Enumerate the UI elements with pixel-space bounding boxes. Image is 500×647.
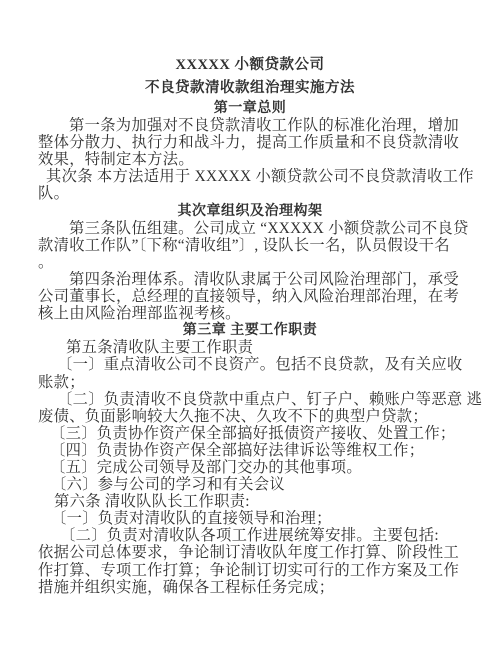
- body-text-line: 公司董事长，总经理的直接领导，纳入风险治理部治理，在考: [38, 288, 462, 305]
- chapter-heading: 第一章总则: [38, 100, 462, 117]
- body-text-line: 废债、负面影响较大久拖不决、久攻不下的典型户贷款；: [38, 408, 462, 425]
- body-text-line: 账款；: [38, 374, 462, 391]
- body-text-line: 第三条队伍组建。公司成立 “XXXXX 小额贷款公司不良贷: [38, 220, 462, 237]
- document-content: XXXXX 小额贷款公司不良贷款清收款组治理实施方法第一章总则第一条为加强对不良…: [38, 54, 462, 596]
- body-text-line: 〔二〕负责对清收队各项工作进展统筹安排。主要包括:: [38, 527, 462, 544]
- document-title-line: 不良贷款清收款组治理实施方法: [38, 77, 462, 100]
- body-text-line: 作打算、专项工作打算；争论制订切实可行的工作方案及工作: [38, 562, 462, 579]
- body-text-line: 第四条治理体系。清收队隶属于公司风险治理部门，承受: [38, 271, 462, 288]
- body-text-line: 〔五〕完成公司领导及部门交办的其他事项。: [38, 459, 462, 476]
- body-text-line: 其次条 本方法适用于 XXXXX 小额贷款公司不良贷款清收工作: [38, 168, 462, 185]
- body-text-line: 款清收工作队”〔下称“清收组”〕, 设队长一名，队员假设干名: [38, 237, 462, 254]
- chapter-heading: 其次章组织及治理构架: [38, 203, 462, 220]
- document-title-line: XXXXX 小额贷款公司: [38, 54, 462, 77]
- chapter-heading: 第三章 主要工作职责: [38, 322, 462, 339]
- body-text-line: 。: [38, 254, 462, 271]
- body-text-line: 核上由风险治理部监视考核。: [38, 305, 462, 322]
- document-page: XXXXX 小额贷款公司不良贷款清收款组治理实施方法第一章总则第一条为加强对不良…: [0, 0, 500, 647]
- body-text-line: 第一条为加强对不良贷款清收工作队的标准化治理，增加: [38, 117, 462, 134]
- body-text-line: 依据公司总体要求，争论制订清收队年度工作打算、阶段性工: [38, 544, 462, 561]
- body-text-line: 〔二〕负责清收不良贷款中重点户、钉子户、赖账户等恶意 逃: [38, 391, 462, 408]
- body-text-line: 第五条清收队主要工作职责: [38, 339, 462, 356]
- body-text-line: 第六条 清收队队长工作职责:: [38, 493, 462, 510]
- body-text-line: 措施并组织实施，确保各工程标任务完成；: [38, 579, 462, 596]
- body-text-line: 〔六〕参与公司的学习和有关会议: [38, 476, 462, 493]
- body-text-line: 〔一〕负责对清收队的直接领导和治理；: [38, 510, 462, 527]
- body-text-line: 〔一〕重点清收公司不良资产。包括不良贷款，及有关应收: [38, 356, 462, 373]
- body-text-line: 整体分散力、执行力和战斗力，提高工作质量和不良贷款清收: [38, 134, 462, 151]
- body-text-line: 〔三〕负责协作资产保全部搞好抵债资产接收、处置工作；: [38, 425, 462, 442]
- body-text-line: 队。: [38, 185, 462, 202]
- body-text-line: 〔四〕负责协作资产保全部搞好法律诉讼等维权工作；: [38, 442, 462, 459]
- body-text-line: 效果，特制定本方法。: [38, 151, 462, 168]
